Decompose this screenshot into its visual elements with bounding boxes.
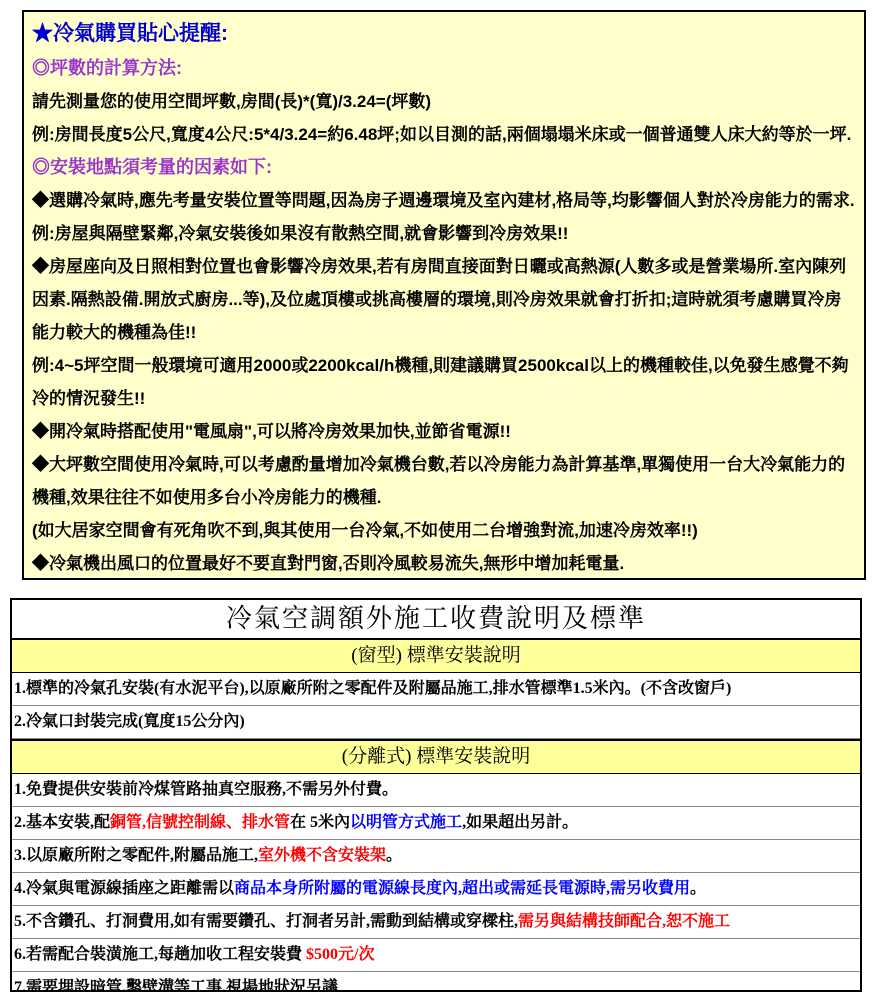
tips-lines: ◎坪數的計算方法:請先測量您的使用空間坪數,房間(長)*(寬)/3.24=(坪數… bbox=[32, 52, 856, 580]
row-text-segment: $500元/次 bbox=[306, 946, 374, 963]
row-text-segment: 7.需要埋設暗管,鑿壁溝等工事,視場地狀況另議 bbox=[14, 979, 338, 992]
table-row: 1.免費提供安裝前冷煤管路抽真空服務,不需另外付費。 bbox=[12, 774, 860, 807]
table-row: 2.冷氣口封裝完成(寬度15公分內) bbox=[12, 706, 860, 739]
table-row: 3.以原廠所附之零配件,附屬品施工,室外機不含安裝架。 bbox=[12, 840, 860, 873]
row-text-segment: 商品本身所附屬的電源線長度內,超出或需延長電源時,需另收費用 bbox=[234, 880, 690, 897]
row-text-segment: 2.冷氣口封裝完成(寬度15公分內) bbox=[14, 713, 245, 730]
table-row: 4.冷氣與電源線插座之距離需以商品本身所附屬的電源線長度內,超出或需延長電源時,… bbox=[12, 873, 860, 906]
table-row: 2.基本安裝,配銅管,信號控制線、排水管在 5米內以明管方式施工,如果超出另計。 bbox=[12, 807, 860, 840]
tip-line: ◆大坪數空間使用冷氣時,可以考慮酌量增加冷氣機台數,若以冷房能力為計算基準,單獨… bbox=[32, 448, 856, 514]
table-row: 6.若需配合裝潢施工,每趟加收工程安裝費 $500元/次 bbox=[12, 939, 860, 972]
tip-line: ◆選購冷氣時,應先考量安裝位置等問題,因為房子週邊環境及室內建材,格局等,均影響… bbox=[32, 184, 856, 217]
row-text-segment: ,如果超出另計。 bbox=[462, 814, 578, 831]
tip-line: ◆房屋座向及日照相對位置也會影響冷房效果,若有房間直接面對日曬或高熱源(人數多或… bbox=[32, 250, 856, 349]
row-text-segment: 室外機不含安裝架 bbox=[258, 847, 386, 864]
row-text-segment: 需另與結構技師配合,恕不施工 bbox=[518, 913, 730, 930]
row-text-segment: 1.標準的冷氣孔安裝(有水泥平台),以原廠所附之零配件及附屬品施工,排水管標準1… bbox=[14, 680, 731, 697]
row-text-segment: 。 bbox=[386, 847, 402, 864]
tips-box: ★冷氣購買貼心提醒: ◎坪數的計算方法:請先測量您的使用空間坪數,房間(長)*(… bbox=[22, 10, 866, 580]
row-text-segment: 3.以原廠所附之零配件,附屬品施工, bbox=[14, 847, 258, 864]
row-text-segment: 2.基本安裝,配 bbox=[14, 814, 110, 831]
section-header: (分離式) 標準安裝說明 bbox=[12, 739, 860, 774]
row-text-segment: 。 bbox=[690, 880, 706, 897]
fee-table-body: (窗型) 標準安裝說明1.標準的冷氣孔安裝(有水泥平台),以原廠所附之零配件及附… bbox=[12, 638, 860, 992]
table-row: 1.標準的冷氣孔安裝(有水泥平台),以原廠所附之零配件及附屬品施工,排水管標準1… bbox=[12, 673, 860, 706]
row-text-segment: 在 5米內 bbox=[290, 814, 350, 831]
row-text-segment: 5.不含鑽孔、打洞費用,如有需要鑽孔、打洞者另計,需動到結構或穿樑柱, bbox=[14, 913, 518, 930]
section-header: (窗型) 標準安裝說明 bbox=[12, 638, 860, 673]
table-row: 5.不含鑽孔、打洞費用,如有需要鑽孔、打洞者另計,需動到結構或穿樑柱,需另與結構… bbox=[12, 906, 860, 939]
fee-table: 冷氣空調額外施工收費說明及標準 (窗型) 標準安裝說明1.標準的冷氣孔安裝(有水… bbox=[10, 598, 862, 992]
row-text-segment: 1.免費提供安裝前冷煤管路抽真空服務,不需另外付費。 bbox=[14, 781, 398, 798]
tip-line: 例:房屋與隔壁緊鄰,冷氣安裝後如果沒有散熱空間,就會影響到冷房效果!! bbox=[32, 217, 856, 250]
tips-box-title: ★冷氣購買貼心提醒: bbox=[32, 16, 856, 52]
fee-table-title: 冷氣空調額外施工收費說明及標準 bbox=[12, 600, 860, 638]
row-text-segment: 6.若需配合裝潢施工,每趟加收工程安裝費 bbox=[14, 946, 306, 963]
tip-line: 請先測量您的使用空間坪數,房間(長)*(寬)/3.24=(坪數) bbox=[32, 85, 856, 118]
tip-line: ◆冷氣機出風口的位置最好不要直對門窗,否則冷風較易流失,無形中增加耗電量. bbox=[32, 547, 856, 580]
tip-line: (如大居家空間會有死角吹不到,與其使用一台冷氣,不如使用二台增強對流,加速冷房效… bbox=[32, 514, 856, 547]
row-text-segment: 銅管,信號控制線、排水管 bbox=[110, 814, 290, 831]
row-text-segment: 以明管方式施工 bbox=[350, 814, 462, 831]
tip-line: ◆開冷氣時搭配使用"電風扇",可以將冷房效果加快,並節省電源!! bbox=[32, 415, 856, 448]
tip-line: 例:房間長度5公尺,寬度4公尺:5*4/3.24=約6.48坪;如以目測的話,兩… bbox=[32, 118, 856, 151]
table-row: 7.需要埋設暗管,鑿壁溝等工事,視場地狀況另議 bbox=[12, 972, 860, 992]
tip-line: ◎坪數的計算方法: bbox=[32, 52, 856, 85]
tip-line: 例:4~5坪空間一般環境可適用2000或2200kcal/h機種,則建議購買25… bbox=[32, 349, 856, 415]
tip-line: ◎安裝地點須考量的因素如下: bbox=[32, 151, 856, 184]
row-text-segment: 4.冷氣與電源線插座之距離需以 bbox=[14, 880, 234, 897]
